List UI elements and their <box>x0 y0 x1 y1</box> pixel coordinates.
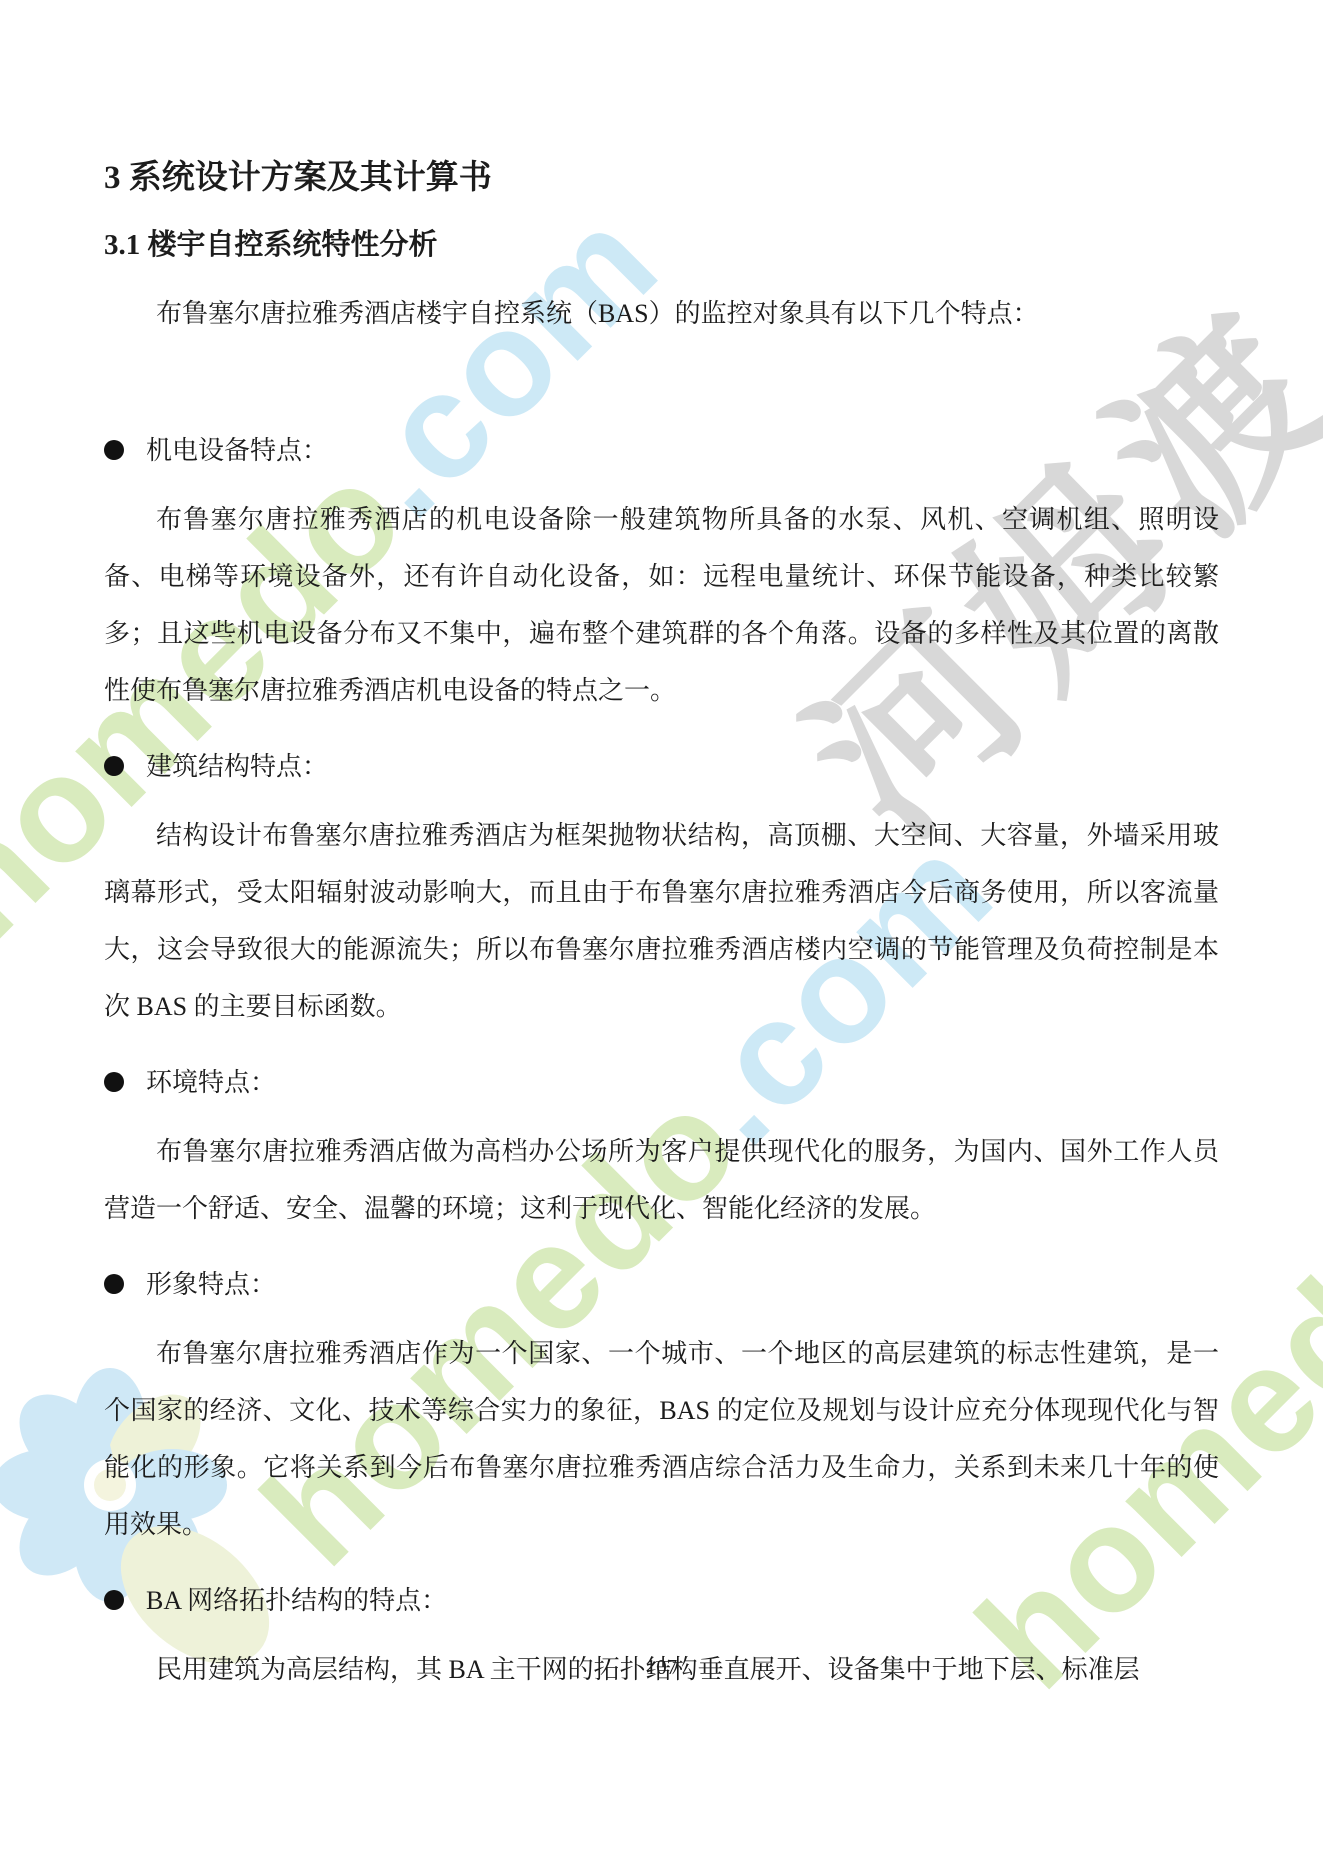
section-paragraph: 布鲁塞尔唐拉雅秀酒店做为高档办公场所为客户提供现代化的服务，为国内、国外工作人员… <box>104 1123 1219 1237</box>
bullet-item: 建筑结构特点： <box>104 738 1219 795</box>
bullet-icon <box>104 1590 124 1610</box>
bullet-label: 建筑结构特点： <box>146 738 328 795</box>
chapter-heading: 3 系统设计方案及其计算书 <box>104 158 1219 199</box>
bullet-icon <box>104 1072 124 1092</box>
document-page: 3 系统设计方案及其计算书 3.1 楼宇自控系统特性分析 布鲁塞尔唐拉雅秀酒店楼… <box>0 0 1323 1698</box>
page-number: 107 <box>0 1655 1323 1680</box>
bullet-label: 环境特点： <box>146 1054 276 1111</box>
bullet-icon <box>104 1274 124 1294</box>
bullet-icon <box>104 756 124 776</box>
bullet-icon <box>104 440 124 460</box>
bullet-label: 机电设备特点： <box>146 422 328 479</box>
bullet-label: 形象特点： <box>146 1256 276 1313</box>
bullet-item: 机电设备特点： <box>104 422 1219 479</box>
bullet-item: 环境特点： <box>104 1054 1219 1111</box>
intro-paragraph: 布鲁塞尔唐拉雅秀酒店楼宇自控系统（BAS）的监控对象具有以下几个特点： <box>104 285 1219 342</box>
section-paragraph: 布鲁塞尔唐拉雅秀酒店的机电设备除一般建筑物所具备的水泵、风机、空调机组、照明设备… <box>104 491 1219 719</box>
section-paragraph: 结构设计布鲁塞尔唐拉雅秀酒店为框架抛物状结构，高顶棚、大空间、大容量，外墙采用玻… <box>104 807 1219 1035</box>
section-heading: 3.1 楼宇自控系统特性分析 <box>104 227 1219 263</box>
bullet-item: 形象特点： <box>104 1256 1219 1313</box>
bullet-label: BA 网络拓扑结构的特点： <box>146 1572 447 1629</box>
section-paragraph: 布鲁塞尔唐拉雅秀酒店作为一个国家、一个城市、一个地区的高层建筑的标志性建筑，是一… <box>104 1325 1219 1553</box>
bullet-item: BA 网络拓扑结构的特点： <box>104 1572 1219 1629</box>
